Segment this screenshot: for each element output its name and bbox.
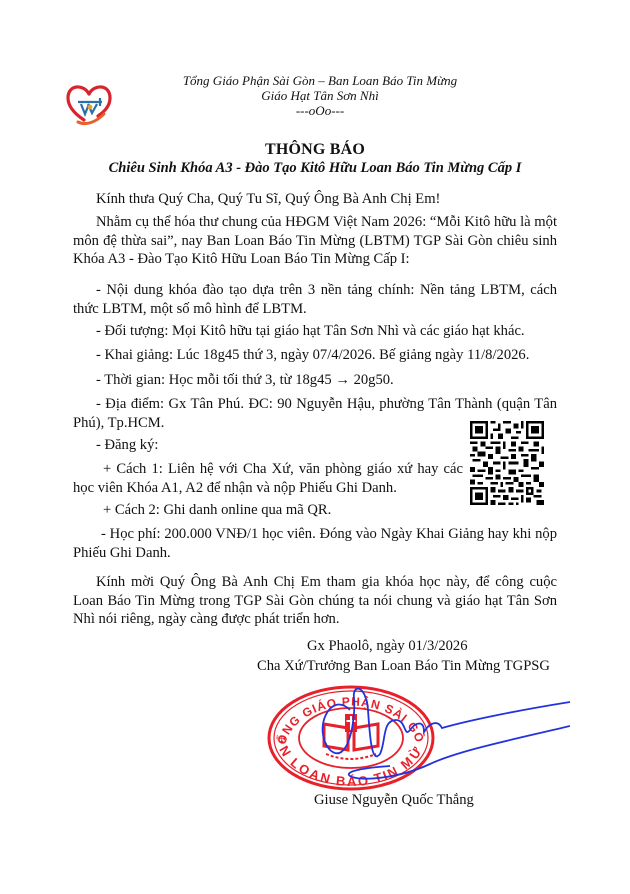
signatory-role: Cha Xứ/Trưởng Ban Loan Báo Tin Mừng TGPS… (257, 658, 550, 675)
registration-qr-code-icon (470, 421, 544, 505)
place-date: Gx Phaolô, ngày 01/3/2026 (307, 638, 468, 655)
header-divider: ---oOo--- (150, 103, 490, 119)
intro-paragraph: Nhằm cụ thể hóa thư chung của HĐGM Việt … (73, 213, 557, 269)
content-item: - Nội dung khóa đào tạo dựa trên 3 nền t… (73, 281, 557, 318)
svg-text:✠: ✠ (278, 735, 286, 745)
opening-item: - Khai giảng: Lúc 18g45 thứ 3, ngày 07/4… (73, 346, 557, 365)
document-page: Tổng Giáo Phận Sài Gòn – Ban Loan Báo Ti… (0, 0, 630, 894)
audience-item: - Đối tượng: Mọi Kitô hữu tại giáo hạt T… (73, 322, 557, 341)
invitation-paragraph: Kính mời Quý Ông Bà Anh Chị Em tham gia … (73, 573, 557, 629)
page-subtitle: Chiêu Sinh Khóa A3 - Đào Tạo Kitô Hữu Lo… (0, 160, 630, 177)
heart-hands-logo-icon (64, 82, 114, 128)
handwritten-signature-icon (320, 680, 570, 790)
header-deanery: Giáo Hạt Tân Sơn Nhì (150, 88, 490, 104)
page-title: THÔNG BÁO (0, 141, 630, 159)
fee-item: - Học phí: 200.000 VNĐ/1 học viên. Đóng … (73, 525, 557, 562)
greeting: Kính thưa Quý Cha, Quý Tu Sĩ, Quý Ông Bà… (73, 190, 557, 209)
schedule-item: - Thời gian: Học mỗi tối thứ 3, từ 18g45… (73, 371, 557, 390)
signatory-name: Giuse Nguyễn Quốc Thắng (314, 792, 474, 809)
register-method-1: + Cách 1: Liên hệ với Cha Xứ, văn phòng … (73, 460, 463, 497)
header-organization: Tổng Giáo Phận Sài Gòn – Ban Loan Báo Ti… (150, 73, 490, 89)
